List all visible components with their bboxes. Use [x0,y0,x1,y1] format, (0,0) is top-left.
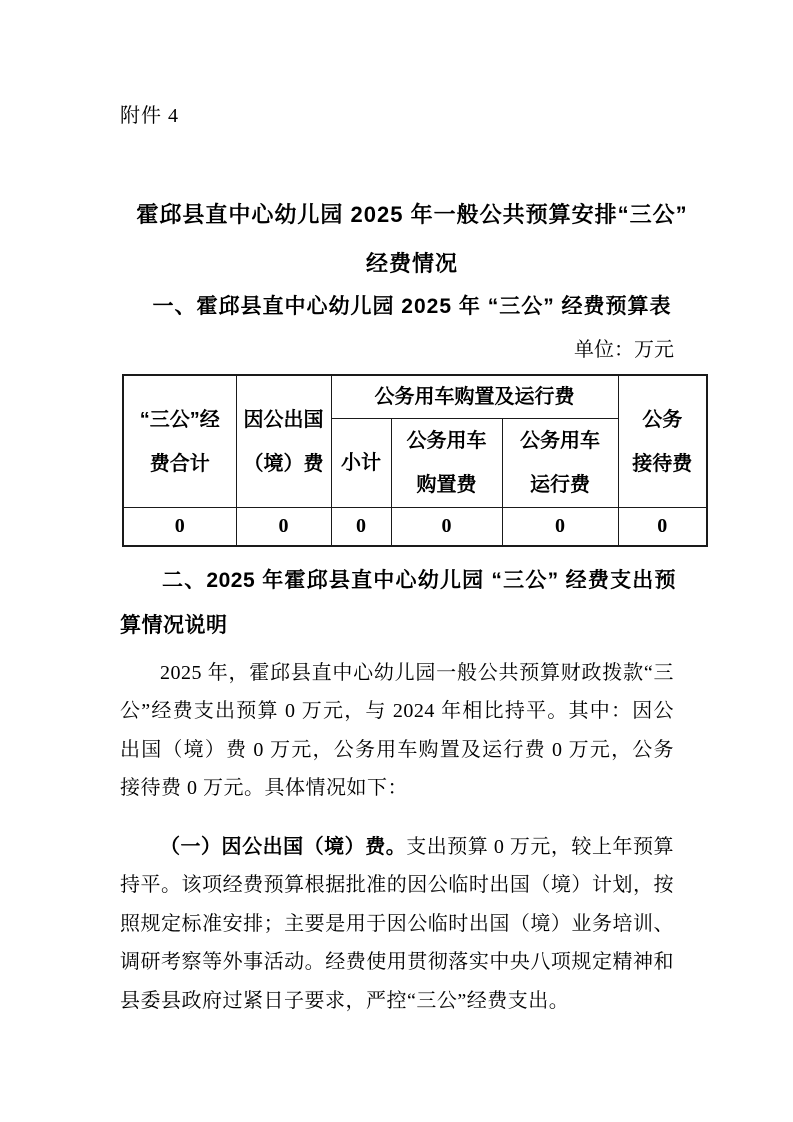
paragraph-abroad-lead: （一）因公出国（境）费。 [160,836,406,858]
attachment-label: 附件 4 [120,103,704,130]
table-header-total-line1: “三公”经 [124,398,236,442]
table-header-total-line2: 费合计 [124,442,236,486]
table-header-abroad-line2: （境）费 [237,442,331,486]
document-page: 附件 4 霍邱县直中心幼儿园 2025 年一般公共预算安排“三公” 经费情况 一… [0,0,793,1122]
table-cell-reception: 0 [618,508,707,546]
document-title-line1: 霍邱县直中心幼儿园 2025 年一般公共预算安排“三公” [120,190,704,239]
document-title: 霍邱县直中心幼儿园 2025 年一般公共预算安排“三公” 经费情况 [120,190,704,288]
table-header-reception: 公务 接待费 [618,375,707,508]
table-cell-vehicle-operation: 0 [502,508,618,546]
paragraph-summary: 2025 年，霍邱县直中心幼儿园一般公共预算财政拨款“三公”经费支出预算 0 万… [120,654,674,808]
table-header-abroad: 因公出国 （境）费 [236,375,331,508]
table-header-vehicle-purchase-line1: 公务用车 [392,419,502,463]
paragraph-abroad-detail: （一）因公出国（境）费。支出预算 0 万元，较上年预算持平。该项经费预算根据批准… [120,828,674,1021]
table-header-reception-line1: 公务 [619,398,707,442]
table-header-vehicle-operation-line1: 公务用车 [503,419,618,463]
table-header-vehicle-operation: 公务用车 运行费 [502,419,618,508]
table-cell-abroad: 0 [236,508,331,546]
section2-heading: 二、2025 年霍邱县直中心幼儿园 “三公” 经费支出预算情况说明 [120,558,676,648]
table-cell-total: 0 [123,508,236,546]
table-header-vehicle-operation-line2: 运行费 [503,463,618,507]
table-header-row-1: “三公”经 费合计 因公出国 （境）费 公务用车购置及运行费 公务 接待费 [123,375,707,419]
budget-table: “三公”经 费合计 因公出国 （境）费 公务用车购置及运行费 公务 接待费 小计… [122,374,708,547]
paragraph-abroad-text: 支出预算 0 万元，较上年预算持平。该项经费预算根据批准的因公临时出国（境）计划… [120,836,674,1012]
table-header-vehicle-purchase-line2: 购置费 [392,463,502,507]
document-title-line2: 经费情况 [120,239,704,288]
table-cell-subtotal: 0 [331,508,391,546]
table-header-reception-line2: 接待费 [619,442,707,486]
unit-label: 单位：万元 [120,337,704,363]
table-data-row: 0 0 0 0 0 0 [123,508,707,546]
table-header-abroad-line1: 因公出国 [237,398,331,442]
section1-heading: 一、霍邱县直中心幼儿园 2025 年 “三公” 经费预算表 [120,292,704,322]
table-header-subtotal: 小计 [331,419,391,508]
table-header-vehicle-group: 公务用车购置及运行费 [331,375,618,419]
table-cell-vehicle-purchase: 0 [391,508,502,546]
table-header-vehicle-purchase: 公务用车 购置费 [391,419,502,508]
table-header-total: “三公”经 费合计 [123,375,236,508]
